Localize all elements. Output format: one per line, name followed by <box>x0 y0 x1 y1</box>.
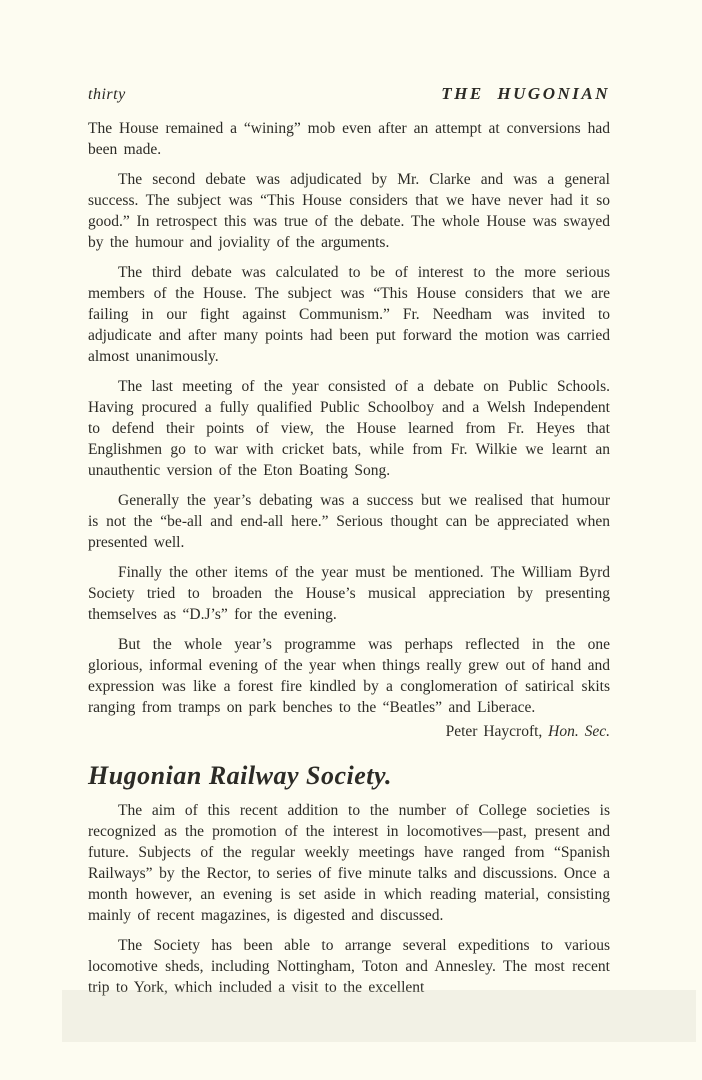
magazine-title: THE HUGONIAN <box>441 84 610 104</box>
paragraph: But the whole year’s programme was perha… <box>88 634 610 718</box>
paragraph: The last meeting of the year consisted o… <box>88 376 610 481</box>
paragraph: The second debate was adjudicated by Mr.… <box>88 169 610 253</box>
paragraph: The Society has been able to arrange sev… <box>88 935 610 998</box>
scanned-magazine-page: thirty THE HUGONIAN The House remained a… <box>0 0 702 1080</box>
debating-article: The House remained a “wining” mob even a… <box>88 118 610 742</box>
page-number: thirty <box>88 86 126 104</box>
page-header: thirty THE HUGONIAN <box>88 84 610 104</box>
paragraph: Finally the other items of the year must… <box>88 562 610 625</box>
railway-article: The aim of this recent addition to the n… <box>88 800 610 998</box>
railway-society-heading: Hugonian Railway Society. <box>88 761 610 791</box>
paragraph: The House remained a “wining” mob even a… <box>88 118 610 160</box>
paragraph: The third debate was calculated to be of… <box>88 262 610 367</box>
paragraph: The aim of this recent addition to the n… <box>88 800 610 926</box>
signature-name: Peter Haycroft, <box>446 723 549 740</box>
article-signature: Peter Haycroft, Hon. Sec. <box>88 721 610 742</box>
signature-title: Hon. Sec. <box>548 723 610 740</box>
paragraph: Generally the year’s debating was a succ… <box>88 490 610 553</box>
